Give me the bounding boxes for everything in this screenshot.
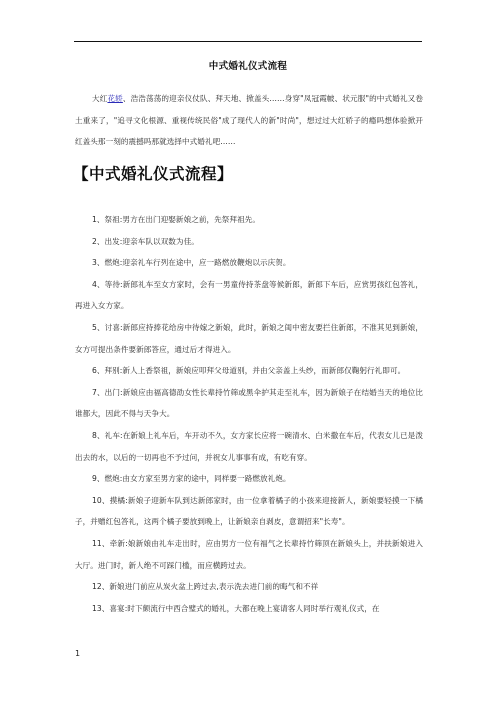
step-item: 12、新娘进门前应从炭火盆上跨过去,表示洗去进门前的晦气和不祥: [75, 576, 423, 598]
intro-prefix: 大红: [92, 94, 107, 103]
step-item: 4、等待:新郎礼车至女方家时，会有一男童侍持茶盘等候新郎，新郎下车后，应赏男孩红…: [75, 274, 423, 317]
step-item: 5、讨喜:新郎应持捧花给房中待嫁之新娘，此时，新娘之闺中密友要拦住新郎，不准其见…: [75, 317, 423, 360]
step-item: 13、喜宴:时下颇流行中西合璧式的婚礼，大都在晚上宴请客人同时举行观礼仪式，在: [75, 598, 423, 620]
step-item: 6、拜别:新人上香祭祖，新娘应叩拜父母道别，并由父亲盖上头纱，而新郎仅鞠躬行礼即…: [75, 360, 423, 382]
header-rule: [74, 41, 422, 42]
step-item: 11、牵新:娘新娘由礼车走出时，应由男方一位有福气之长辈持竹筛顶在新娘头上，并扶…: [75, 533, 423, 576]
step-item: 9、燃炮:由女方家至男方家的途中，同样要一路燃放礼炮。: [75, 468, 423, 490]
document-page: 中式婚礼仪式流程 大红花轿、浩浩荡荡的迎亲仪仗队、拜天地、掀盖头……身穿"凤冠霞…: [0, 0, 496, 702]
document-title: 中式婚礼仪式流程: [74, 58, 422, 72]
step-item: 10、摸橘:新娘子迎新车队到达新郎家时，由一位拿着橘子的小孩来迎接新人，新娘要轻…: [75, 490, 423, 533]
step-item: 3、燃炮:迎亲礼车行列在途中，应一路燃放鞭炮以示庆贺。: [75, 252, 423, 274]
intro-suffix: 、浩浩荡荡的迎亲仪仗队、拜天地、掀盖头……身穿"凤冠霞帔、状元服"的中式婚礼又卷…: [75, 94, 423, 146]
section-heading: 【中式婚礼仪式流程】: [73, 162, 233, 184]
ceremony-steps-list: 1、祭祖:男方在出门迎娶新娘之前，先祭拜祖先。 2、出发:迎亲车队以双数为佳。 …: [75, 209, 423, 619]
step-item: 7、出门:新娘应由福高德劭女性长辈持竹筛或黑伞护其走至礼车，因为新娘子在结婚当天…: [75, 382, 423, 425]
page-number: 1: [75, 649, 80, 658]
step-item: 1、祭祖:男方在出门迎娶新娘之前，先祭拜祖先。: [75, 209, 423, 231]
step-item: 2、出发:迎亲车队以双数为佳。: [75, 231, 423, 253]
intro-paragraph: 大红花轿、浩浩荡荡的迎亲仪仗队、拜天地、掀盖头……身穿"凤冠霞帔、状元服"的中式…: [75, 88, 423, 153]
huajiao-link[interactable]: 花轿: [107, 94, 122, 103]
step-item: 8、礼车:在新娘上礼车后，车开动不久，女方家长应将一碗清水、白米撒在车后，代表女…: [75, 425, 423, 468]
